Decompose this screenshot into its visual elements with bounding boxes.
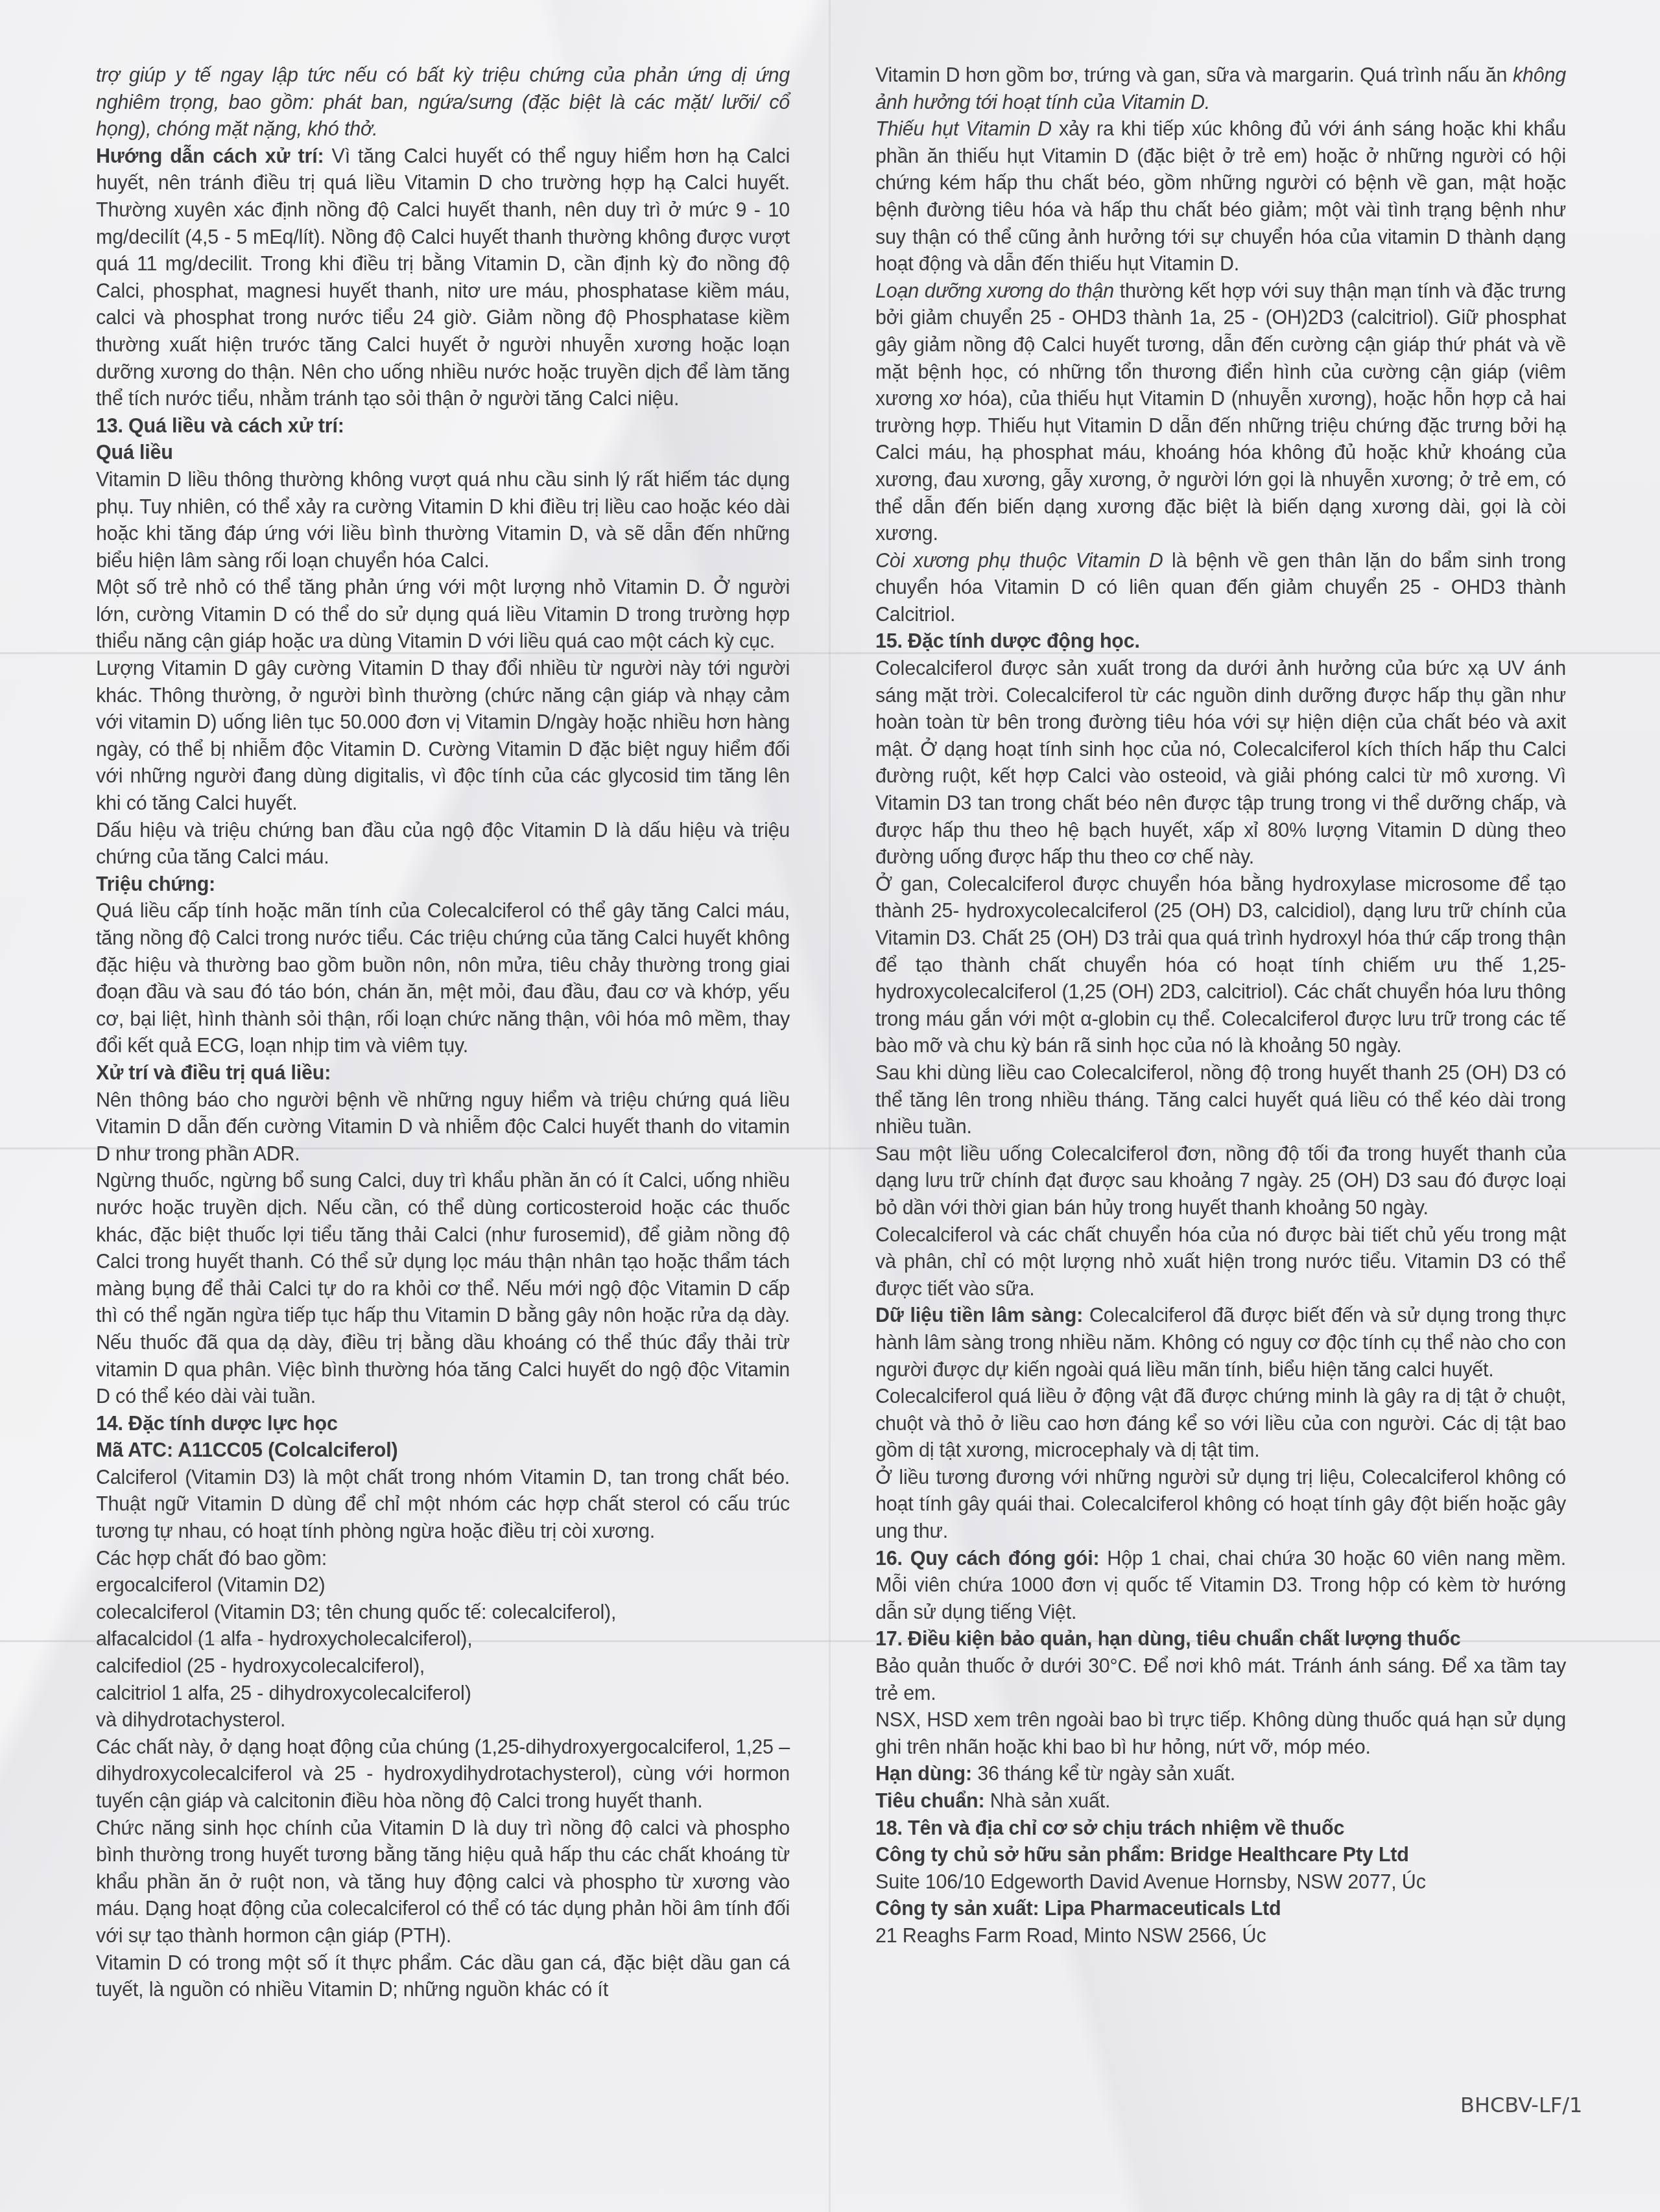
- section-13-heading: 13. Quá liều và cách xử trí:: [96, 413, 790, 440]
- paragraph: Vitamin D có trong một số ít thực phẩm. …: [96, 1950, 790, 2004]
- paragraph: Chức năng sinh học chính của Vitamin D l…: [96, 1815, 790, 1950]
- owner-address: Suite 106/10 Edgeworth David Avenue Horn…: [875, 1869, 1566, 1896]
- paragraph: Sau khi dùng liều cao Colecalciferol, nồ…: [875, 1060, 1566, 1141]
- paragraph: Calciferol (Vitamin D3) là một chất tron…: [96, 1465, 790, 1546]
- atc-code: Mã ATC: A11CC05 (Colcalciferol): [96, 1437, 790, 1465]
- paragraph: Colecalciferol và các chất chuyển hóa củ…: [875, 1222, 1566, 1303]
- overdose-subheading: Quá liều: [96, 440, 790, 467]
- left-column: trợ giúp y tế ngay lập tức nếu có bất kỳ…: [96, 62, 790, 2004]
- paragraph: Dữ liệu tiền lâm sàng: Colecalciferol đã…: [875, 1302, 1566, 1383]
- list-item: và dihydrotachysterol.: [96, 1707, 790, 1734]
- deficiency-term: Thiếu hụt Vitamin D: [875, 118, 1052, 140]
- paragraph: Ngừng thuốc, ngừng bổ sung Calci, duy tr…: [96, 1168, 790, 1410]
- list-item: ergocalciferol (Vitamin D2): [96, 1572, 790, 1599]
- manufacturer-address: 21 Reaghs Farm Road, Minto NSW 2566, Úc: [875, 1923, 1566, 1950]
- list-item: calcitriol 1 alfa, 25 - dihydroxycolecal…: [96, 1680, 790, 1708]
- paragraph: Thiếu hụt Vitamin D xảy ra khi tiếp xúc …: [875, 116, 1566, 278]
- paragraph: Colecalciferol quá liều ở động vật đã đư…: [875, 1383, 1566, 1465]
- section-18-heading: 18. Tên và địa chỉ cơ sở chịu trách nhiệ…: [875, 1815, 1566, 1842]
- management-paragraph: Hướng dẫn cách xử trí: Vì tăng Calci huy…: [96, 143, 790, 413]
- quality-standard: Tiêu chuẩn: Nhà sản xuất.: [875, 1788, 1566, 1815]
- owner-company: Công ty chủ sở hữu sản phẩm: Bridge Heal…: [875, 1842, 1566, 1869]
- paragraph: Một số trẻ nhỏ có thể tăng phản ứng với …: [96, 574, 790, 655]
- preclinical-label: Dữ liệu tiền lâm sàng:: [875, 1304, 1083, 1326]
- manufacturer-company: Công ty sản xuất: Lipa Pharmaceuticals L…: [875, 1896, 1566, 1923]
- section-14-heading: 14. Đặc tính dược lực học: [96, 1411, 790, 1438]
- section-16-paragraph: 16. Quy cách đóng gói: Hộp 1 chai, chai …: [875, 1546, 1566, 1627]
- paper-crease: [829, 0, 831, 2212]
- section-16-heading: 16. Quy cách đóng gói:: [875, 1547, 1099, 1570]
- management-label: Hướng dẫn cách xử trí:: [96, 145, 324, 167]
- paragraph: Sau một liều uống Colecalciferol đơn, nồ…: [875, 1141, 1566, 1222]
- rickets-term: Còi xương phụ thuộc Vitamin D: [875, 550, 1163, 572]
- list-item: calcifediol (25 - hydroxycolecalciferol)…: [96, 1653, 790, 1680]
- paragraph: Quá liều cấp tính hoặc mãn tính của Cole…: [96, 898, 790, 1060]
- treatment-subheading: Xử trí và điều trị quá liều:: [96, 1060, 790, 1087]
- symptoms-subheading: Triệu chứng:: [96, 871, 790, 899]
- list-item: alfacalcidol (1 alfa - hydroxycholecalci…: [96, 1626, 790, 1653]
- section-17-heading: 17. Điều kiện bảo quản, hạn dùng, tiêu c…: [875, 1626, 1566, 1653]
- paragraph: Vitamin D liều thông thường không vượt q…: [96, 467, 790, 574]
- paragraph: Nên thông báo cho người bệnh về những ng…: [96, 1087, 790, 1168]
- paragraph: Các chất này, ở dạng hoạt động của chúng…: [96, 1734, 790, 1815]
- shelf-life: Hạn dùng: 36 tháng kể từ ngày sản xuất.: [875, 1761, 1566, 1788]
- list-intro: Các hợp chất đó bao gồm:: [96, 1546, 790, 1573]
- paragraph: Vitamin D hơn gồm bơ, trứng và gan, sữa …: [875, 62, 1566, 116]
- document-code: BHCBV-LF/1: [1460, 2093, 1582, 2117]
- section-15-heading: 15. Đặc tính dược động học.: [875, 628, 1566, 655]
- paragraph: Dấu hiệu và triệu chứng ban đầu của ngộ …: [96, 818, 790, 871]
- paragraph: Colecalciferol được sản xuất trong da dư…: [875, 655, 1566, 871]
- paragraph: Còi xương phụ thuộc Vitamin D là bệnh về…: [875, 548, 1566, 629]
- renal-osteodystrophy-term: Loạn dưỡng xương do thận: [875, 280, 1114, 302]
- paragraph: Loạn dưỡng xương do thận thường kết hợp …: [875, 278, 1566, 548]
- right-column: Vitamin D hơn gồm bơ, trứng và gan, sữa …: [875, 62, 1566, 1950]
- paragraph: Bảo quản thuốc ở dưới 30°C. Để nơi khô m…: [875, 1653, 1566, 1707]
- paragraph: Ở gan, Colecalciferol được chuyển hóa bằ…: [875, 871, 1566, 1060]
- paragraph: NSX, HSD xem trên ngoài bao bì trực tiếp…: [875, 1707, 1566, 1761]
- compounds-list: Các hợp chất đó bao gồm: ergocalciferol …: [96, 1546, 790, 1734]
- paragraph: Ở liều tương đương với những người sử dụ…: [875, 1465, 1566, 1546]
- list-item: colecalciferol (Vitamin D3; tên chung qu…: [96, 1599, 790, 1627]
- allergy-warning: trợ giúp y tế ngay lập tức nếu có bất kỳ…: [96, 62, 790, 143]
- paragraph: Lượng Vitamin D gây cường Vitamin D thay…: [96, 655, 790, 818]
